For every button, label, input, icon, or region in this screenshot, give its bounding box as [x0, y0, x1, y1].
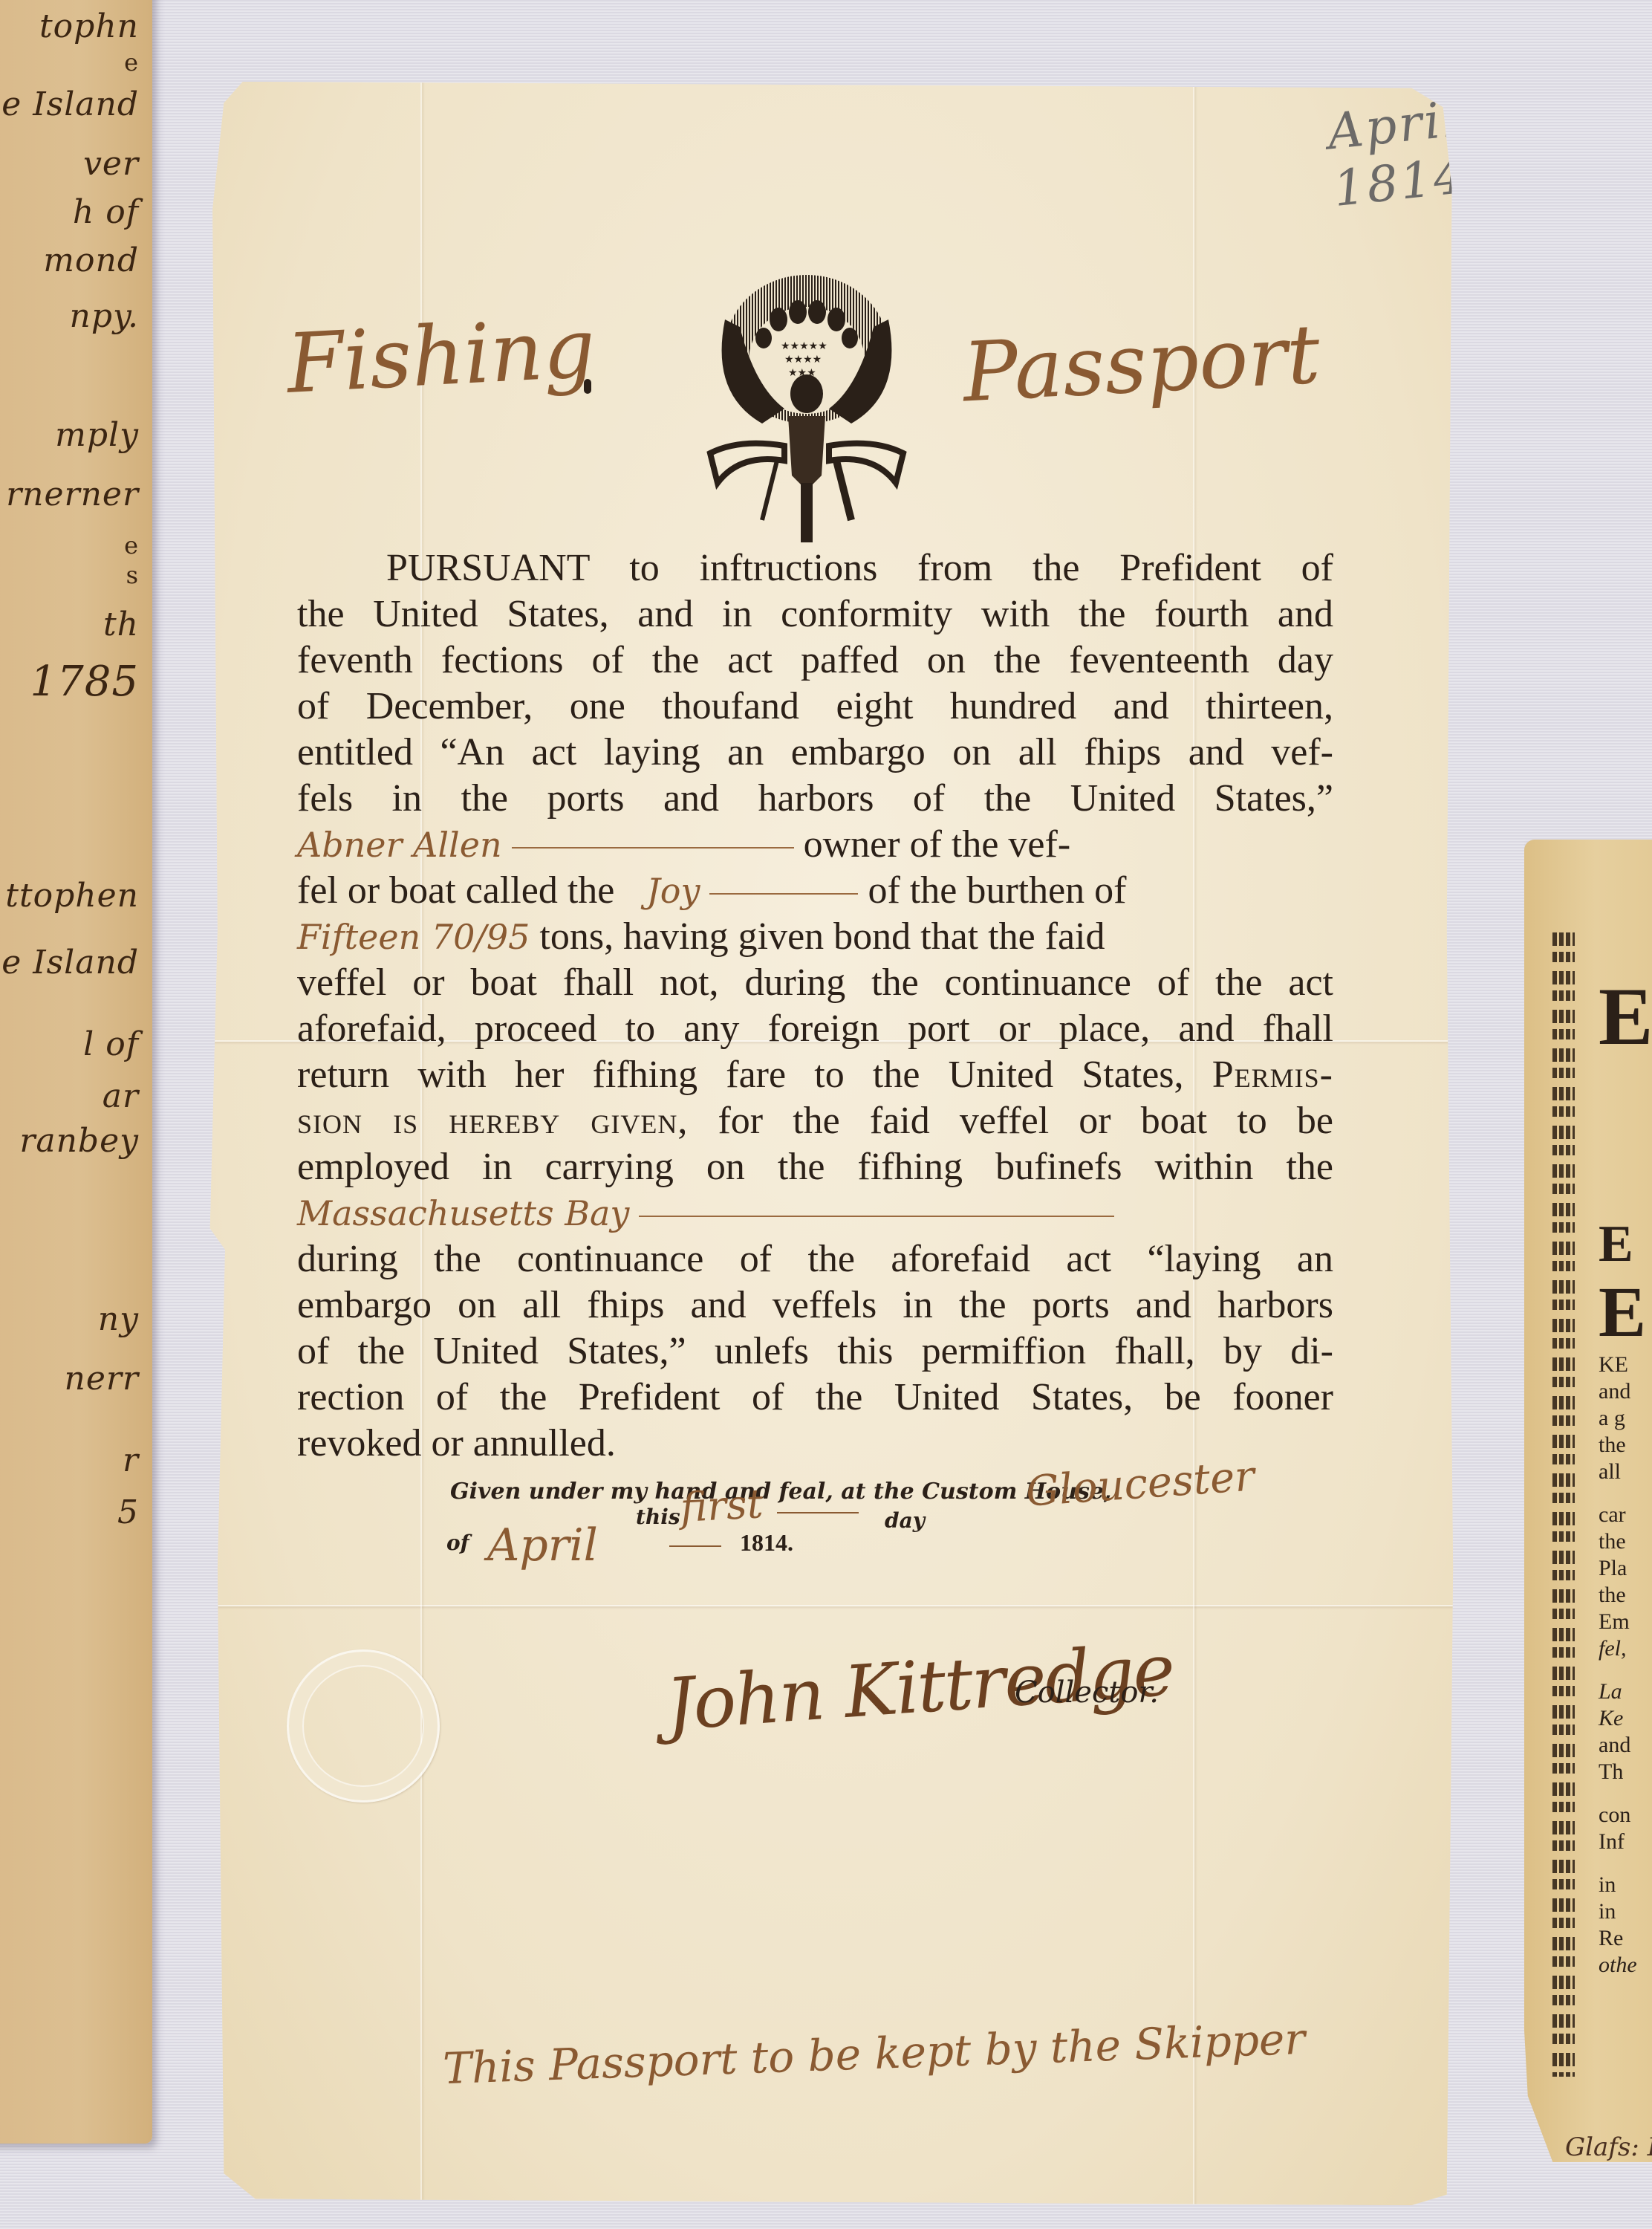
body-line: PURSUANT to inftructions from the Prefid…: [386, 547, 1333, 589]
fill-line: [639, 1216, 1114, 1217]
left-doc-line: 1785: [30, 658, 139, 706]
right-doc-line: the: [1599, 1433, 1626, 1458]
body-line: veffel or boat fhall not, during the con…: [297, 961, 1333, 1004]
right-doc-line: and: [1599, 1733, 1630, 1758]
body-line: of the burthen of: [868, 869, 1126, 912]
left-doc-line: ny: [98, 1300, 139, 1338]
fill-line: [512, 847, 794, 849]
title-fishing: Fishing: [284, 300, 597, 412]
fishing-passport-document: April 1814 Fishing Passport ★★★★★ ★★★★ ★…: [205, 82, 1462, 2205]
eagle-seal-icon: ★★★★★ ★★★★ ★★★: [695, 267, 918, 550]
of-label: of: [446, 1531, 469, 1555]
fold-crease: [205, 1605, 1462, 1606]
left-partial-document: tophn e ode Island ver h of mond npy. mp…: [0, 0, 152, 2144]
large-capital: E: [1599, 970, 1652, 1064]
embossed-seal-icon: [287, 1649, 440, 1803]
tonnage-field: Fifteen 70/95: [297, 917, 530, 957]
ornamental-border-icon: [1552, 932, 1575, 2077]
body-line: feventh fections of the act paffed on th…: [297, 639, 1333, 681]
left-doc-line: mond: [43, 241, 139, 279]
left-doc-line: rnerner: [6, 476, 139, 513]
right-doc-line: othe: [1599, 1953, 1637, 1978]
right-doc-line: KE: [1599, 1352, 1628, 1378]
right-doc-line: Re: [1599, 1926, 1623, 1951]
left-doc-line: th: [103, 606, 139, 643]
body-line: fel or boat called the: [297, 869, 614, 912]
right-doc-line: in: [1599, 1899, 1616, 1924]
body-line: return with her fifhing fare to the Unit…: [297, 1054, 1184, 1096]
large-capital: E: [1599, 1271, 1646, 1353]
left-doc-line: de Island: [0, 944, 139, 982]
body-line: revoked or annulled.: [297, 1422, 616, 1464]
left-doc-line: tophn: [39, 7, 139, 45]
left-doc-line: ode Island: [0, 85, 139, 123]
left-doc-line: e: [124, 48, 139, 77]
svg-text:★★★★★: ★★★★★: [781, 340, 827, 352]
day-field: first: [679, 1480, 764, 1531]
body-line: during the continuance of the aforefaid …: [297, 1238, 1333, 1280]
body-line: embargo on all fhips and veffels in the …: [297, 1284, 1333, 1326]
svg-text:★★★★: ★★★★: [784, 354, 822, 366]
left-doc-line: ranbey: [19, 1122, 139, 1160]
left-doc-line: mply: [55, 416, 139, 454]
right-doc-line: Em: [1599, 1609, 1630, 1635]
fishing-area-field: Massachusetts Bay: [297, 1193, 629, 1233]
body-line: the United States, and in conformity wit…: [297, 593, 1333, 635]
large-capital: E: [1599, 1215, 1633, 1274]
body-line: rection of the Prefident of the United S…: [297, 1376, 1333, 1418]
pencil-date-note: April 1814: [1324, 90, 1469, 218]
right-partial-document: E E E KEanda gtheallcarthePlatheEmfel,La…: [1524, 840, 1652, 2162]
right-doc-line: all: [1599, 1459, 1621, 1485]
right-doc-line: car: [1599, 1502, 1626, 1528]
left-doc-line: ar: [103, 1077, 139, 1115]
fill-line: [669, 1545, 721, 1547]
year-label: 1814.: [740, 1529, 793, 1557]
right-doc-line: a g: [1599, 1406, 1625, 1431]
month-field: April: [487, 1519, 598, 1571]
body-line: of the United States,” unlefs this permi…: [297, 1330, 1333, 1372]
left-doc-line: e: [124, 531, 139, 559]
right-doc-line: and: [1599, 1379, 1630, 1404]
right-doc-line: Th: [1599, 1759, 1623, 1785]
fill-line: [777, 1512, 859, 1513]
left-doc-line: 5: [117, 1493, 139, 1531]
right-doc-footer: Glafs: Ha: [1565, 2132, 1652, 2162]
left-doc-line: ver: [83, 145, 139, 183]
body-line: entitled “An act laying an embargo on al…: [297, 731, 1333, 773]
body-line: fels in the ports and harbors of the Uni…: [297, 777, 1333, 820]
permission-text: Permis-: [1212, 1054, 1333, 1096]
right-doc-line: Pla: [1599, 1556, 1627, 1581]
body-line: owner of the vef-: [804, 823, 1071, 866]
body-line: of December, one thoufand eight hundred …: [297, 685, 1333, 727]
right-doc-line: the: [1599, 1583, 1626, 1608]
body-paragraph: PURSUANT to inftructions from the Prefid…: [297, 546, 1333, 1467]
skipper-note: This Passport to be kept by the Skipper: [442, 2014, 1306, 2094]
vessel-name-field: Joy: [646, 871, 700, 911]
left-doc-line: h of: [73, 193, 139, 231]
day-label: day: [885, 1508, 925, 1533]
left-doc-line: l of: [83, 1025, 139, 1063]
body-line: employed in carrying on the fifhing bufi…: [297, 1146, 1333, 1188]
left-doc-line: r: [123, 1441, 139, 1479]
left-doc-line: nerr: [65, 1360, 139, 1398]
right-doc-line: con: [1599, 1803, 1630, 1828]
left-doc-line: s: [126, 561, 139, 589]
right-doc-line: Ke: [1599, 1706, 1623, 1731]
right-doc-line: La: [1599, 1679, 1622, 1704]
body-line: for the faid veffel or boat to be: [718, 1100, 1333, 1142]
permission-text: sion is hereby given,: [297, 1100, 688, 1142]
left-doc-line: npy.: [69, 297, 139, 335]
title-passport: Passport: [960, 307, 1322, 421]
given-this-label: this: [636, 1505, 680, 1529]
given-under-hand-text: Given under my hand and feal, at the Cus…: [450, 1479, 1111, 1505]
body-line: aforefaid, proceed to any foreign port o…: [297, 1008, 1333, 1050]
title-separator: [584, 379, 591, 394]
left-doc-line: ttophen: [5, 877, 139, 915]
collector-title: Collector.: [1015, 1675, 1159, 1710]
right-doc-line: the: [1599, 1529, 1626, 1554]
right-doc-line: fel,: [1599, 1636, 1627, 1661]
right-doc-line: Inf: [1599, 1829, 1625, 1855]
right-doc-line: in: [1599, 1872, 1616, 1898]
owner-name-field: Abner Allen: [297, 825, 502, 865]
fill-line: [709, 893, 858, 895]
body-line: tons, having given bond that the faid: [539, 915, 1105, 958]
